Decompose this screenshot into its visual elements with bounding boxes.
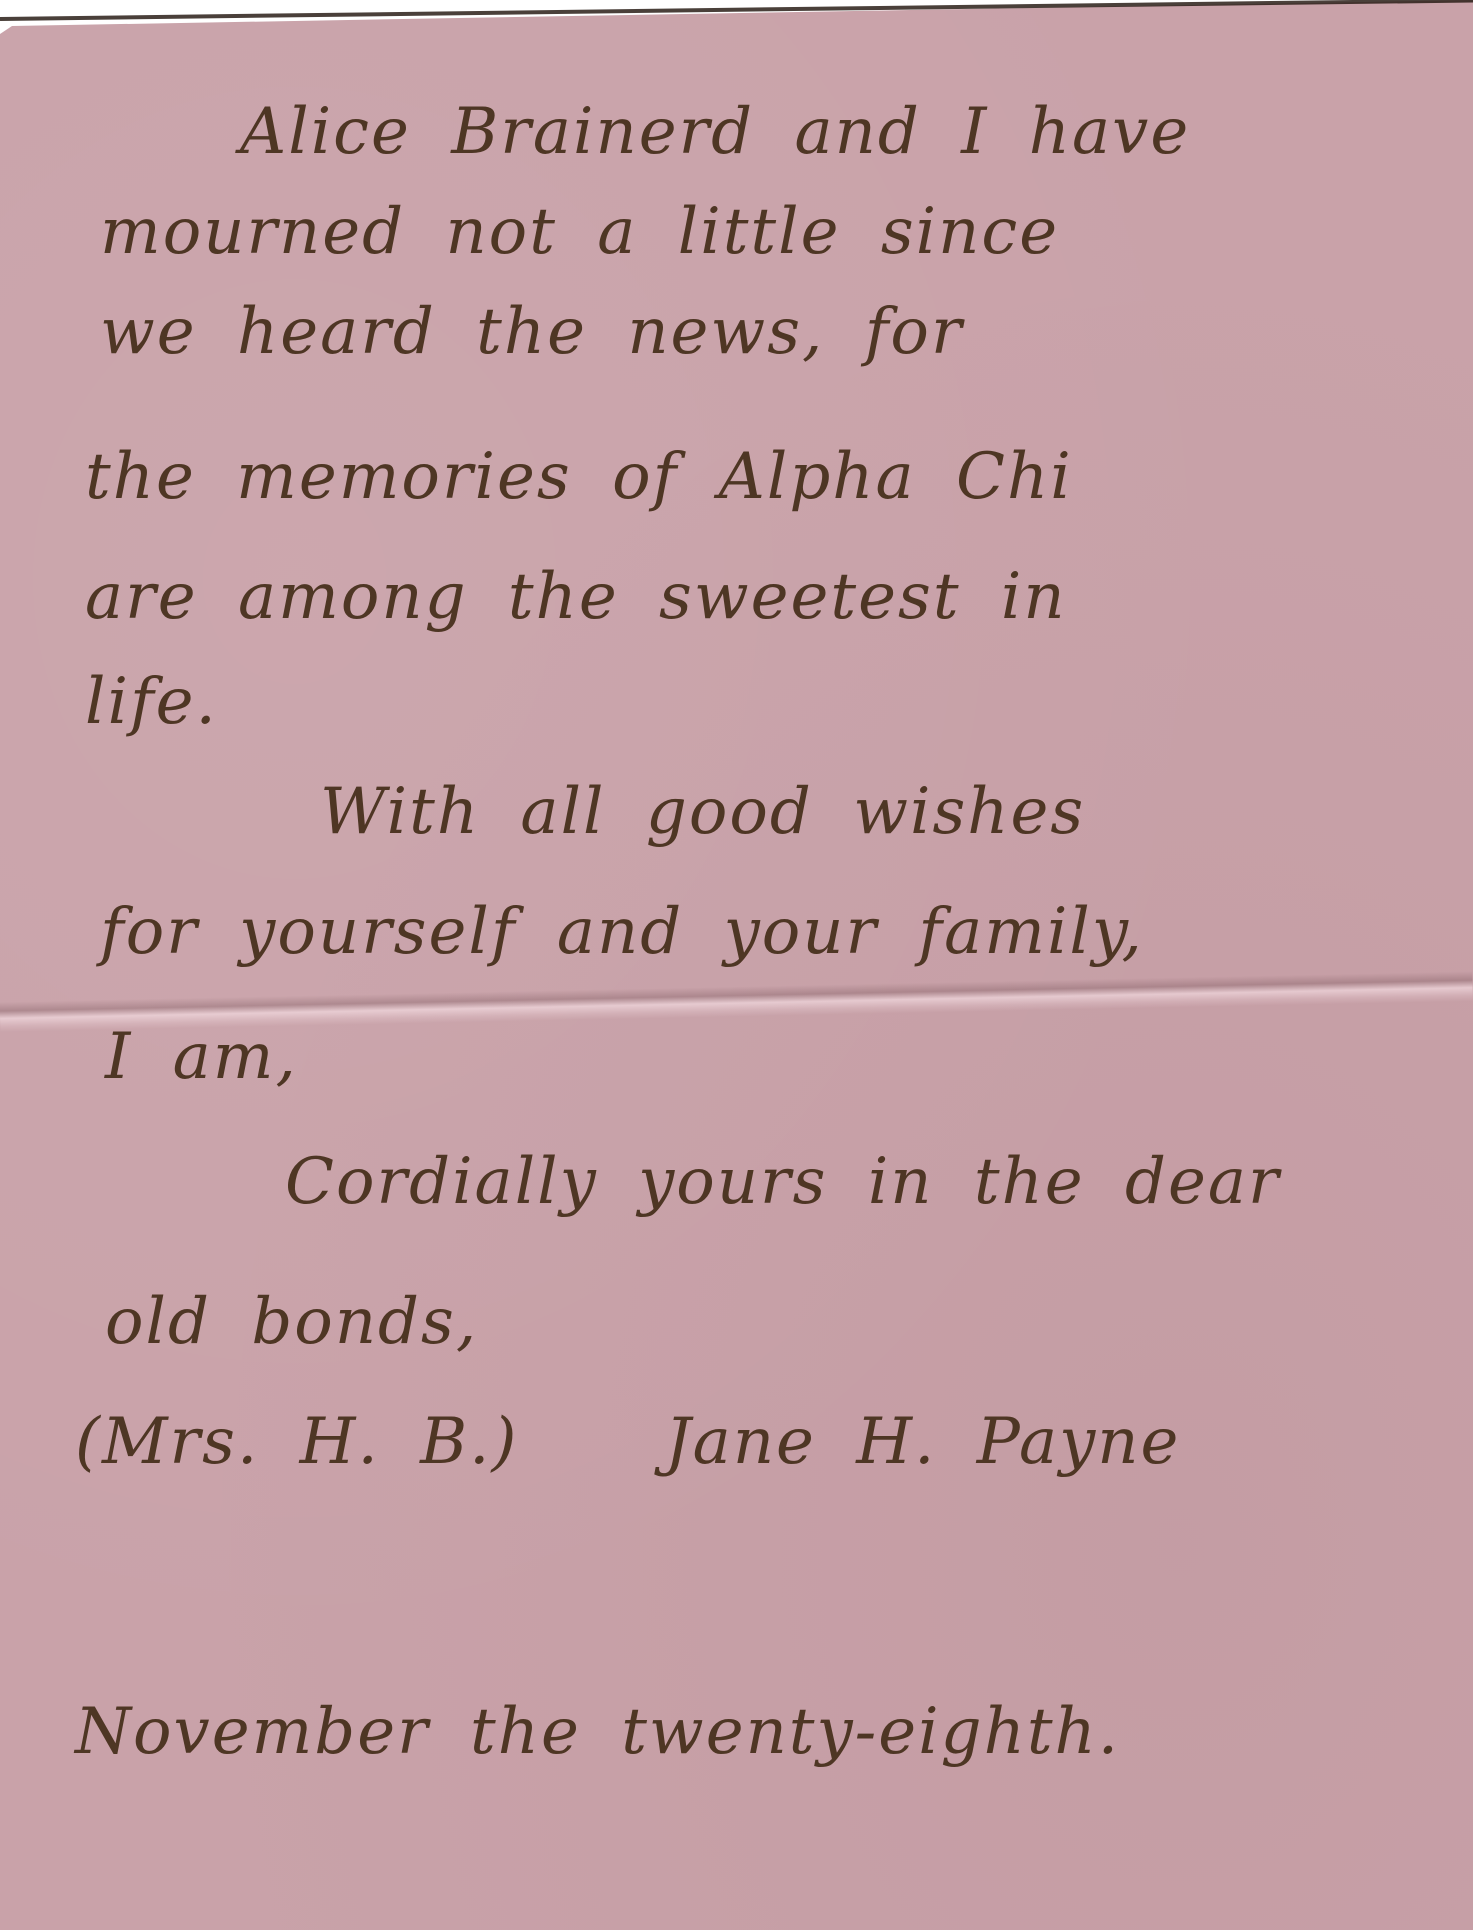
body-line-5: are among the sweetest in (85, 565, 1067, 629)
letter-scan: Alice Brainerd and I have mourned not a … (0, 0, 1473, 1930)
body-line-2: mourned not a little since (100, 200, 1059, 264)
body-line-8: for yourself and your family, (100, 900, 1144, 964)
closing-line-1: Cordially yours in the dear (285, 1150, 1281, 1214)
letter-date: November the twenty-eighth. (75, 1700, 1120, 1764)
body-line-9: I am, (105, 1025, 298, 1089)
body-line-3: we heard the news, for (100, 300, 964, 364)
signature-note: (Mrs. H. B.) (75, 1410, 518, 1474)
signature-name: Jane H. Payne (665, 1410, 1180, 1474)
body-line-4: the memories of Alpha Chi (85, 445, 1073, 509)
body-line-1: Alice Brainerd and I have (240, 100, 1190, 164)
closing-line-2: old bonds, (105, 1290, 478, 1354)
body-line-7: With all good wishes (320, 780, 1085, 844)
body-line-6: life. (85, 670, 218, 734)
